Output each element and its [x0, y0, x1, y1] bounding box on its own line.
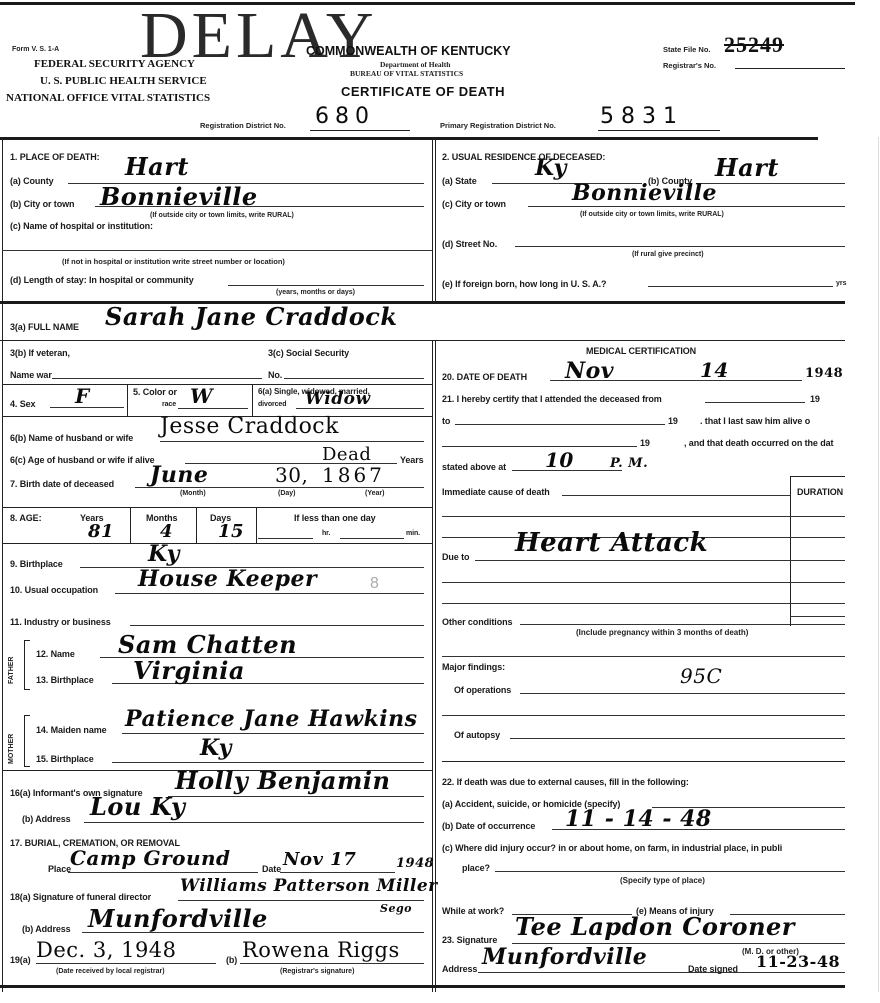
certifier-address-value: Munfordville	[482, 944, 647, 970]
mother-name-value: Patience Jane Hawkins	[125, 706, 418, 732]
residence-city-label: (c) City or town	[442, 199, 506, 209]
burial-date-label: Date	[262, 864, 281, 874]
registration-district-label: Registration District No.	[200, 121, 286, 130]
due-to-label: Due to	[442, 552, 469, 562]
center-divider-top	[432, 137, 436, 301]
major-findings-label: Major findings:	[442, 662, 505, 672]
to-label: to	[442, 416, 450, 426]
funeral-director-label: 18(a) Signature of funeral director	[10, 892, 151, 902]
veteran-label: 3(b) If veteran,	[10, 348, 70, 358]
registrar-label: (b)	[226, 955, 237, 965]
informant-signature-value: Holly Benjamin	[175, 766, 390, 795]
cause-line-7	[790, 616, 845, 617]
death-county-value: Hart	[125, 152, 189, 181]
ss-label: 3(c) Social Security	[268, 348, 349, 358]
birth-month-value: June	[150, 462, 208, 488]
other-conditions-note: (Include pregnancy within 3 months of de…	[576, 628, 748, 637]
sex-label: 4. Sex	[10, 399, 35, 409]
sex-color-divider	[127, 384, 128, 416]
place-line	[495, 871, 845, 872]
date-signed-label: Date signed	[688, 964, 738, 974]
death-city-label: (b) City or town	[10, 199, 74, 209]
left-border	[2, 137, 3, 992]
name-war-label: Name war	[10, 370, 52, 380]
funeral-director-line	[178, 900, 424, 901]
primary-district-value: 5831	[600, 104, 684, 129]
registration-district-value: 680	[315, 104, 375, 129]
informant-address-label: (b) Address	[22, 814, 71, 824]
state-file-label: State File No.	[663, 45, 711, 54]
age-days-value: 15	[218, 521, 244, 542]
cause-line-6	[442, 603, 845, 604]
birthplace-value: Ky	[148, 541, 180, 567]
date-of-death-year: 1948	[805, 366, 843, 381]
father-birthplace-value: Virginia	[133, 656, 245, 685]
stay-label: (d) Length of stay: In hospital or commu…	[10, 275, 194, 285]
registrar-note: (Registrar's signature)	[280, 968, 354, 975]
father-name-value: Sam Chatten	[118, 630, 297, 659]
birth-day-note: (Day)	[278, 490, 296, 497]
spouse-age-label: 6(c) Age of husband or wife if alive	[10, 455, 155, 465]
form-number: Form V. S. 1-A	[12, 46, 59, 53]
residence-county-line	[700, 183, 845, 184]
birth-year-note: (Year)	[365, 490, 384, 497]
father-bracket	[24, 640, 30, 690]
marital-label-2: divorced	[258, 401, 286, 408]
birth-year-value: 1867	[322, 463, 385, 487]
registration-district-line	[310, 130, 410, 131]
death-city-value: Bonnieville	[100, 182, 258, 211]
funeral-director-sub: Sego	[380, 902, 412, 915]
death-county-label: (a) County	[10, 176, 54, 186]
work-label: While at work?	[442, 906, 504, 916]
primary-district-label: Primary Registration District No.	[440, 121, 556, 130]
street-note: (If rural give precinct)	[632, 251, 704, 258]
foreign-label: (e) If foreign born, how long in U. S. A…	[442, 279, 606, 289]
age-months-divider	[196, 507, 197, 543]
age-years-value: 81	[88, 521, 114, 542]
stated-ampm: P. M.	[610, 456, 648, 471]
hospital-label: (c) Name of hospital or institution:	[10, 221, 153, 231]
primary-district-line	[598, 130, 720, 131]
marital-value: Widow	[305, 389, 371, 409]
certificate-title: CERTIFICATE OF DEATH	[341, 84, 505, 99]
date-signed-value: 11-23-48	[756, 952, 840, 971]
funeral-director-value: Williams Patterson Miller	[180, 876, 438, 896]
mother-name-label: 14. Maiden name	[36, 725, 107, 735]
burial-date-line	[280, 872, 395, 873]
mother-birthplace-line	[112, 762, 424, 763]
autopsy-line	[510, 738, 845, 739]
street-label: (d) Street No.	[442, 239, 497, 249]
date-of-death-month: Nov	[565, 358, 614, 384]
father-side-label: FATHER	[8, 657, 15, 684]
father-name-label: 12. Name	[36, 649, 75, 659]
occupation-label: 10. Usual occupation	[10, 585, 98, 595]
sex-value: F	[75, 384, 90, 408]
age-hr-label: hr.	[322, 530, 330, 537]
residence-county-value: Hart	[715, 153, 779, 182]
informant-address-value: Lou Ky	[90, 792, 185, 821]
certifier-address-line	[478, 972, 845, 973]
certify-line	[705, 402, 805, 403]
received-line	[36, 963, 216, 964]
occupation-line	[115, 593, 424, 594]
operations-line	[520, 693, 845, 694]
last-saw-label: . that I last saw him alive o	[700, 416, 810, 426]
occupation-code: 8	[370, 575, 379, 593]
row-divider-birth	[2, 507, 432, 508]
age-years-divider	[130, 507, 131, 543]
birthplace-label: 9. Birthplace	[10, 559, 63, 569]
age-hr-line	[258, 538, 313, 539]
color-marital-divider	[252, 384, 253, 416]
ss-no-line	[284, 378, 424, 379]
spouse-label: 6(b) Name of husband or wife	[10, 433, 133, 443]
operations-mark: 95C	[680, 664, 722, 688]
medical-heading: MEDICAL CERTIFICATION	[586, 346, 696, 356]
burial-date-value: Nov 17	[283, 849, 356, 870]
death-certificate: DELAY Form V. S. 1-A FEDERAL SECURITY AG…	[0, 0, 880, 1003]
occurrence-value: 11 - 14 - 48	[565, 806, 712, 832]
color-value: W	[190, 384, 213, 408]
top-border	[0, 2, 855, 5]
residence-city-note: (If outside city or town limits, write R…	[580, 211, 724, 218]
residence-city-value: Bonnieville	[572, 180, 717, 206]
stay-line	[228, 285, 424, 286]
full-name-divider	[0, 340, 845, 341]
due-to-line	[475, 560, 845, 561]
age-min-line	[340, 538, 404, 539]
duration-label: DURATION	[797, 487, 843, 497]
residence-city-line	[528, 206, 845, 207]
foreign-line	[648, 286, 833, 287]
full-name-label: 3(a) FULL NAME	[10, 322, 79, 332]
industry-label: 11. Industry or business	[10, 617, 111, 627]
spouse-age-unit: Years	[400, 455, 424, 465]
agency-line-1: FEDERAL SECURITY AGENCY	[34, 58, 195, 70]
due-to-value: Heart Attack	[515, 528, 708, 558]
operations-line-2	[442, 715, 845, 716]
mother-birthplace-label: 15. Birthplace	[36, 754, 94, 764]
place-label: place?	[462, 863, 490, 873]
birth-date-label: 7. Birth date of deceased	[10, 479, 114, 489]
other-conditions-line	[520, 624, 845, 625]
age-months-value: 4	[160, 521, 173, 542]
registrars-no-label: Registrar's No.	[663, 61, 716, 70]
mother-side-label: MOTHER	[8, 734, 15, 764]
burial-date-year: 1948	[396, 856, 434, 871]
coroner-signature: Tee Lapdon Coroner	[515, 912, 795, 941]
occupation-value: House Keeper	[138, 566, 317, 592]
color-label-1: 5. Color or	[133, 387, 177, 397]
director-address-label: (b) Address	[22, 924, 71, 934]
mother-birthplace-value: Ky	[200, 735, 232, 761]
agency-line-2: U. S. PUBLIC HEALTH SERVICE	[40, 75, 207, 87]
certify-label: 21. I hereby certify that I attended the…	[442, 394, 662, 404]
spouse-age-value: Dead	[322, 444, 371, 465]
ss-no-label: No.	[268, 370, 282, 380]
death-city-note: (If outside city or town limits, write R…	[150, 212, 294, 219]
where-label: (c) Where did injury occur? in or about …	[442, 843, 782, 853]
place-note: (Specify type of place)	[620, 876, 705, 885]
last-saw-line	[442, 446, 637, 447]
age-days-divider	[256, 507, 257, 543]
medical-bottom-line	[442, 761, 845, 762]
name-war-line	[52, 378, 262, 379]
date-of-death-label: 20. DATE OF DEATH	[442, 372, 527, 382]
industry-line	[130, 625, 424, 626]
residence-heading: 2. USUAL RESIDENCE OF DECEASED:	[442, 152, 605, 162]
informant-address-line	[84, 822, 424, 823]
dept-line-1: Department of Health	[380, 60, 450, 69]
spouse-value: Jesse Craddock	[160, 414, 339, 439]
last-saw-year: 19	[640, 438, 650, 448]
external-heading: 22. If death was due to external causes,…	[442, 777, 689, 787]
age-label: 8. AGE:	[10, 513, 41, 523]
registrar-line	[240, 963, 424, 964]
foreign-unit: yrs	[836, 280, 847, 287]
residence-state-value: Ky	[535, 155, 567, 181]
color-label-2: race	[162, 401, 176, 408]
stated-time: 10	[545, 448, 574, 472]
immediate-cause-line	[562, 495, 790, 496]
row-divider-age	[2, 543, 432, 544]
bottom-border-right	[432, 985, 845, 988]
certifier-address-label: Address	[442, 964, 477, 974]
stated-label: stated above at	[442, 462, 506, 472]
birth-month-note: (Month)	[180, 490, 206, 497]
mother-bracket	[24, 715, 30, 767]
mother-name-line	[122, 733, 424, 734]
received-note: (Date received by local registrar)	[56, 968, 165, 975]
cause-line-2	[442, 516, 845, 517]
other-line-2	[442, 656, 845, 657]
received-value: Dec. 3, 1948	[36, 938, 177, 962]
autopsy-label: Of autopsy	[454, 730, 500, 740]
received-label: 19(a)	[10, 955, 31, 965]
header-divider	[0, 137, 818, 140]
informant-signature-line	[168, 796, 424, 797]
state-name: COMMONWEALTH OF KENTUCKY	[306, 44, 511, 58]
burial-place-line	[68, 872, 258, 873]
burial-place-value: Camp Ground	[70, 846, 231, 870]
hospital-note: (If not in hospital or institution write…	[62, 257, 285, 266]
director-address-value: Munfordville	[88, 904, 268, 933]
registrars-no-line	[735, 68, 845, 69]
occurrence-label: (b) Date of occurrence	[442, 821, 535, 831]
residence-state-label: (a) State	[442, 176, 477, 186]
bottom-border	[0, 985, 432, 988]
spouse-line	[160, 441, 424, 442]
full-name-value: Sarah Jane Craddock	[105, 302, 397, 331]
operations-label: Of operations	[454, 685, 511, 695]
to-line	[455, 424, 665, 425]
state-file-value: 25249	[724, 32, 784, 58]
row-divider-veteran	[2, 384, 432, 385]
hospital-line	[2, 250, 432, 251]
date-of-death-day: 14	[700, 358, 729, 382]
dept-line-2: BUREAU OF VITAL STATISTICS	[350, 69, 463, 78]
street-line	[515, 246, 845, 247]
certify-year: 19	[810, 394, 820, 404]
cause-line-5	[442, 582, 845, 583]
immediate-cause-label: Immediate cause of death	[442, 487, 550, 497]
age-min-label: min.	[406, 530, 420, 537]
father-birthplace-label: 13. Birthplace	[36, 675, 94, 685]
place-of-death-heading: 1. PLACE OF DEATH:	[10, 152, 100, 162]
to-year: 19	[668, 416, 678, 426]
birth-day-value: 30,	[275, 463, 308, 487]
agency-line-3: NATIONAL OFFICE VITAL STATISTICS	[6, 92, 210, 104]
occurred-label: , and that death occurred on the dat	[684, 438, 833, 448]
duration-box-top	[790, 476, 845, 477]
age-less-label: If less than one day	[294, 513, 376, 523]
registrar-value: Rowena Riggs	[242, 938, 400, 962]
right-border	[878, 137, 879, 992]
color-line	[178, 408, 248, 409]
other-conditions-label: Other conditions	[442, 617, 512, 627]
stay-note: (years, months or days)	[276, 289, 355, 296]
